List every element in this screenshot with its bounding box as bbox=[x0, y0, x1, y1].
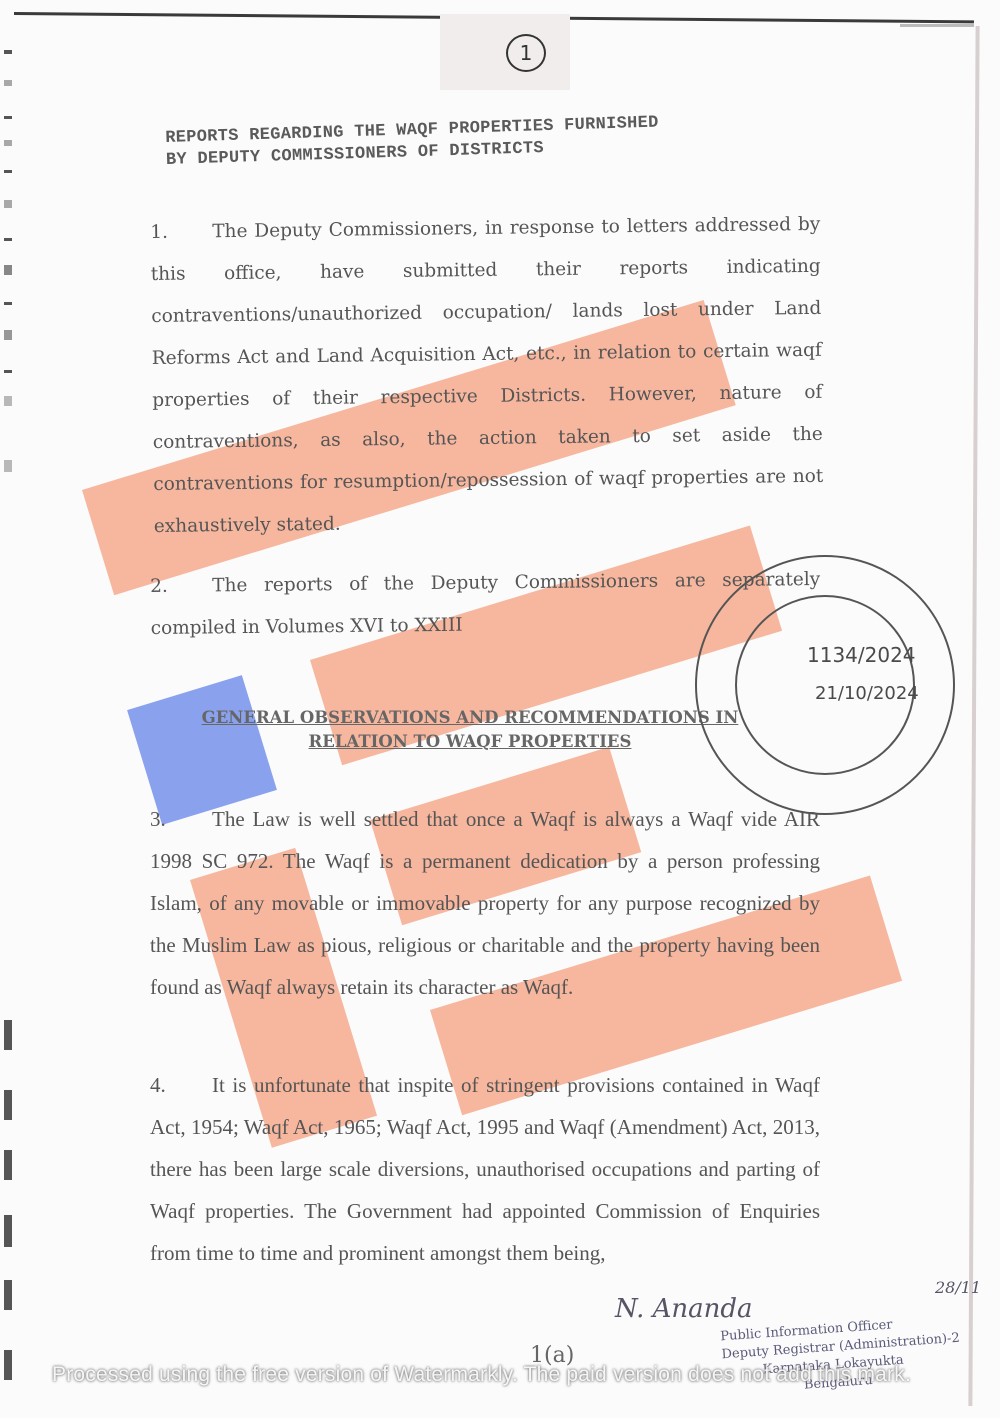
watermark-text: Processed using the free version of Wate… bbox=[52, 1363, 952, 1387]
spiral-binding-marks bbox=[0, 40, 22, 1380]
paragraph-text: The Deputy Commissioners, in response to… bbox=[151, 214, 824, 537]
paragraph-number: 1. bbox=[150, 211, 213, 254]
stamp-inward-number: 1134/2024 bbox=[807, 643, 916, 667]
inward-stamp: 1134/2024 21/10/2024 bbox=[695, 555, 955, 815]
section-heading: GENERAL OBSERVATIONS AND RECOMMENDATIONS… bbox=[150, 706, 790, 754]
paragraph-text: It is unfortunate that inspite of string… bbox=[150, 1073, 820, 1265]
document-title: REPORTS REGARDING THE WAQF PROPERTIES FU… bbox=[165, 107, 826, 172]
paragraph-number: 3. bbox=[150, 798, 212, 840]
page-right-edge bbox=[968, 26, 979, 1406]
section-heading-line1: GENERAL OBSERVATIONS AND RECOMMENDATIONS… bbox=[150, 706, 790, 730]
section-heading-line2: RELATION TO WAQF PROPERTIES bbox=[150, 730, 790, 754]
paragraph-text: The Law is well settled that once a Waqf… bbox=[150, 807, 820, 999]
handwritten-date: 28/11 bbox=[935, 1278, 981, 1297]
circled-page-number: 1 bbox=[506, 34, 546, 72]
scanned-document-page: 1 REPORTS REGARDING THE WAQF PROPERTIES … bbox=[0, 0, 1000, 1418]
paper-tab bbox=[440, 14, 570, 90]
paragraph-number: 4. bbox=[150, 1064, 212, 1106]
stamp-date: 21/10/2024 bbox=[815, 683, 919, 704]
paragraph-4: 4.It is unfortunate that inspite of stri… bbox=[150, 1064, 820, 1274]
paragraph-3: 3.The Law is well settled that once a Wa… bbox=[150, 798, 820, 1008]
page-right-edge-top bbox=[900, 24, 974, 27]
signature-text: N. Ananda bbox=[615, 1294, 753, 1324]
paragraph-number: 2. bbox=[150, 565, 212, 608]
paragraph-1: 1.The Deputy Commissioners, in response … bbox=[150, 204, 824, 548]
